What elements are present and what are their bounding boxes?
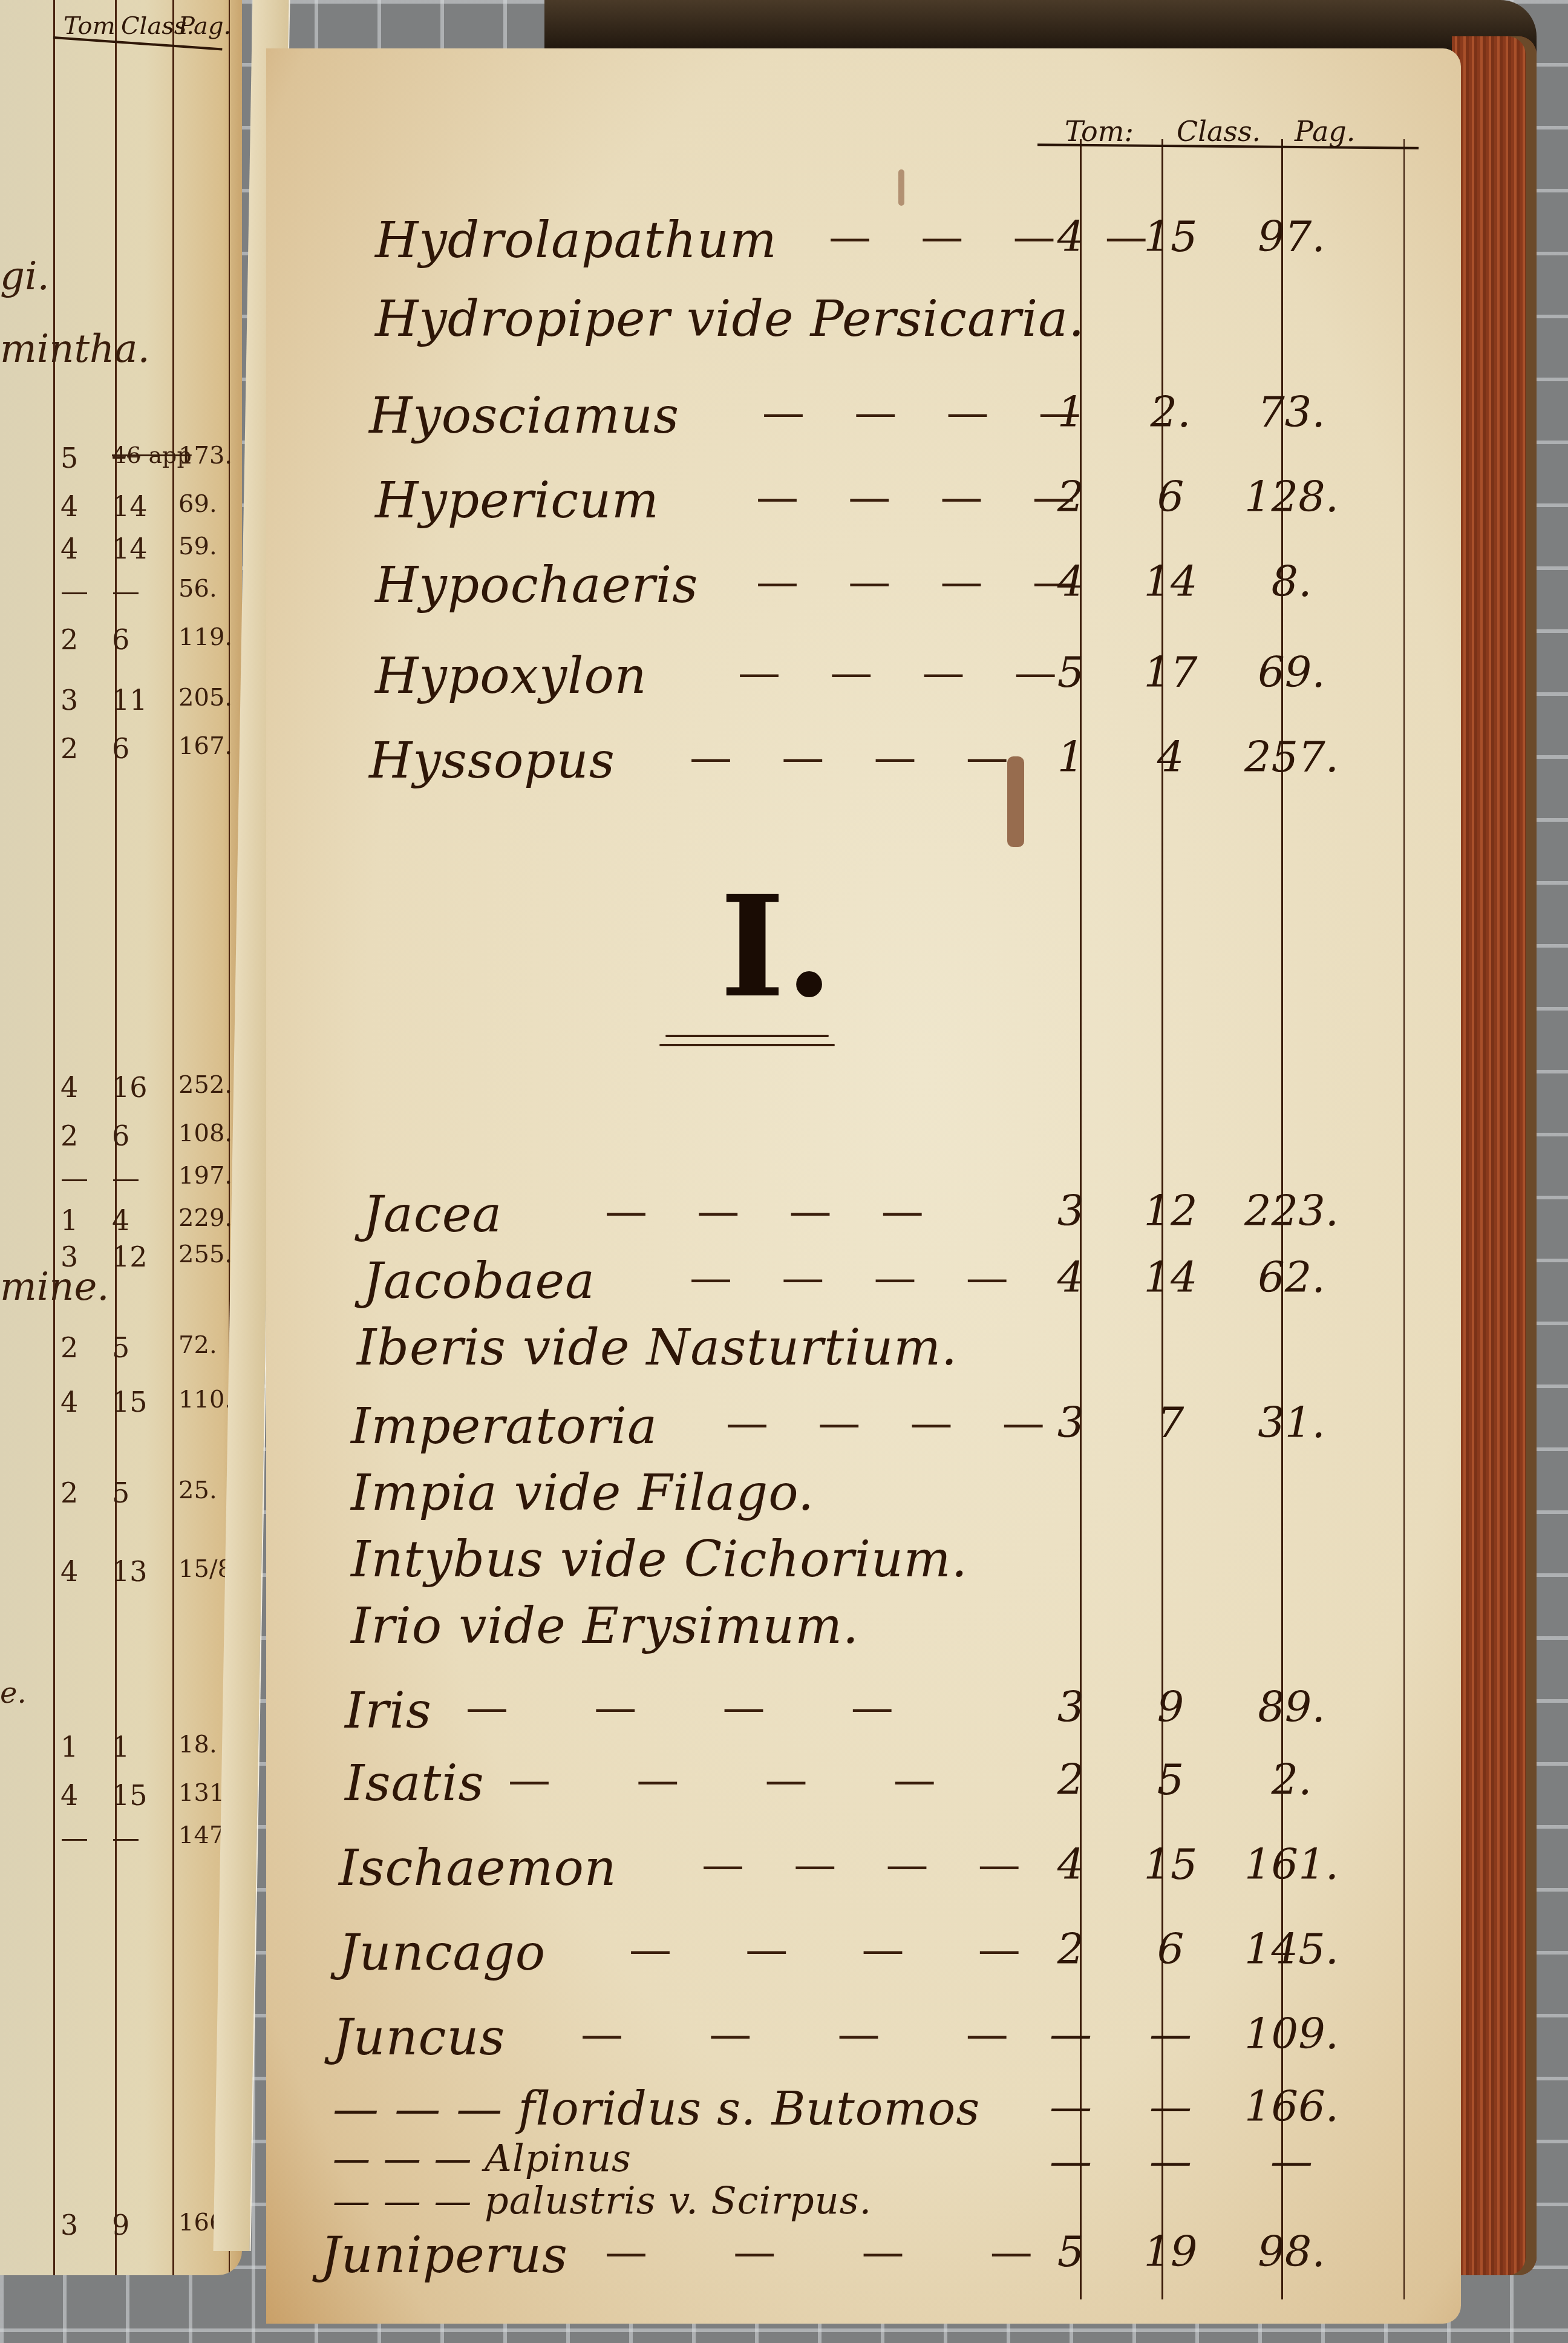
cell-text: 255. bbox=[178, 1240, 232, 1268]
cell-text: 166. bbox=[1231, 2082, 1352, 2131]
cell-text: 4 bbox=[1034, 1253, 1107, 1302]
cell-text: 109. bbox=[1231, 2009, 1352, 2059]
cell-text: — — — — bbox=[466, 1682, 930, 1732]
entry-name: Ischaemon bbox=[339, 1840, 617, 1897]
cell-text: 73. bbox=[1231, 387, 1352, 437]
cell-text: 1 bbox=[60, 1731, 78, 1763]
cell-text: 69. bbox=[178, 490, 217, 518]
header-pag: Pag. bbox=[1295, 115, 1355, 148]
cell-text: 3 bbox=[1034, 1682, 1107, 1732]
cell-text: — bbox=[1119, 2082, 1222, 2131]
left-page: Tom Class. Pag. gi. mintha. mine. e. 54̶… bbox=[0, 0, 242, 2275]
entry-row: Hyssopus — — — — 1 4 257. bbox=[266, 732, 1461, 799]
entry-row: Hypochaeris — — — — 4 14 8. bbox=[266, 557, 1461, 623]
entry-row: Irio vide Erysimum. bbox=[266, 1597, 1461, 1664]
left-word-fragment: mintha. bbox=[0, 327, 150, 372]
entry-row: Juncus — — — — — — 109. bbox=[266, 2009, 1461, 2076]
cell-text: 8. bbox=[1231, 557, 1352, 606]
cell-text: 2. bbox=[1231, 1755, 1352, 1804]
cell-text: 2 bbox=[1034, 472, 1107, 522]
cell-text: 229. bbox=[178, 1204, 232, 1232]
cell-text: 14 bbox=[1119, 1253, 1222, 1302]
ink-stain bbox=[898, 169, 904, 206]
cell-text: 4 bbox=[60, 532, 78, 565]
cell-text: 2 bbox=[60, 732, 78, 765]
cell-text: — — — — bbox=[581, 2009, 1045, 2059]
cell-text: — bbox=[1119, 2009, 1222, 2059]
entry-row: Hypoxylon — — — — 5 17 69. bbox=[266, 647, 1461, 714]
cell-text: 7 bbox=[1119, 1398, 1222, 1447]
cell-text: 5 bbox=[1034, 647, 1107, 697]
left-row: 416252. bbox=[0, 1071, 242, 1113]
cell-text: 59. bbox=[178, 532, 217, 560]
cell-text: 2 bbox=[60, 1331, 78, 1364]
entry-name: Hypochaeris bbox=[375, 557, 698, 614]
cell-text: 62. bbox=[1231, 1253, 1352, 1302]
book-cover-top bbox=[544, 0, 1537, 54]
cell-text: 2 bbox=[1034, 1924, 1107, 1974]
cell-text: 12 bbox=[1119, 1186, 1222, 1236]
cell-text: — — — — bbox=[690, 1253, 1027, 1302]
entry-name: Jacobaea bbox=[363, 1253, 595, 1310]
cell-text: 5 bbox=[60, 442, 78, 474]
cell-text: 223. bbox=[1231, 1186, 1352, 1236]
cell-text: 3 bbox=[1034, 1398, 1107, 1447]
left-row: 39166. bbox=[0, 2209, 242, 2251]
entry-name: Hydrolapathum bbox=[375, 212, 777, 269]
cell-text: 31. bbox=[1231, 1398, 1352, 1447]
book-page-edge bbox=[1452, 36, 1537, 2275]
cell-text: 1 bbox=[1034, 732, 1107, 782]
cell-text: 5 bbox=[1119, 1755, 1222, 1804]
left-row: 41469. bbox=[0, 490, 242, 532]
cell-text: 19 bbox=[1119, 2227, 1222, 2276]
cell-text: 173. bbox=[178, 442, 232, 470]
cell-text: — bbox=[1034, 2082, 1107, 2131]
cell-text: — — — — bbox=[702, 1840, 1039, 1889]
cell-text: 14 bbox=[112, 490, 148, 523]
cell-text: 205. bbox=[178, 684, 232, 712]
cell-text: 4 bbox=[60, 490, 78, 523]
left-row: 54̶6̶ app173. bbox=[0, 442, 242, 484]
cell-text: 5 bbox=[112, 1331, 129, 1364]
entry-name: Imperatoria bbox=[351, 1398, 658, 1455]
entry-name: Isatis bbox=[345, 1755, 485, 1812]
cell-text: 9 bbox=[112, 2209, 129, 2241]
cell-text: 18. bbox=[178, 1731, 217, 1758]
entry-row: Hydropiper vide Persicaria. bbox=[266, 290, 1461, 357]
left-row: 26119. bbox=[0, 623, 242, 666]
entry-row: Imperatoria — — — — 3 7 31. bbox=[266, 1398, 1461, 1464]
cell-text: 4 bbox=[112, 1204, 129, 1237]
cell-text: 3 bbox=[60, 1240, 78, 1273]
left-header-pag: Pag. bbox=[178, 12, 231, 40]
entry-name: Hyosciamus bbox=[369, 387, 679, 445]
entry-row: Impia vide Filago. bbox=[266, 1464, 1461, 1531]
cell-text: 12 bbox=[112, 1240, 148, 1273]
cell-text: 161. bbox=[1231, 1840, 1352, 1889]
cell-text: 6 bbox=[1119, 1924, 1222, 1974]
left-row: 415131. bbox=[0, 1779, 242, 1821]
header-tom: Tom: bbox=[1065, 115, 1134, 148]
entry-row: Hydrolapathum — — — — 4 15 97. bbox=[266, 212, 1461, 278]
cell-text: 72. bbox=[178, 1331, 217, 1359]
left-row: 26108. bbox=[0, 1119, 242, 1162]
entry-name: Hydropiper vide Persicaria. bbox=[375, 290, 1085, 348]
left-row: 2572. bbox=[0, 1331, 242, 1374]
cell-text: 1 bbox=[1034, 387, 1107, 437]
entry-name: Hyssopus bbox=[369, 732, 615, 790]
cell-text: 4 bbox=[60, 1779, 78, 1812]
cell-text: — — — — bbox=[829, 212, 1166, 261]
cell-text: 4 bbox=[60, 1555, 78, 1588]
cell-text: 2 bbox=[60, 623, 78, 656]
cell-text: 5 bbox=[112, 1476, 129, 1509]
left-row: ——147. bbox=[0, 1821, 242, 1864]
header-class: Class. bbox=[1177, 115, 1261, 148]
cell-text: — bbox=[60, 575, 88, 608]
entry-row: Intybus vide Cichorium. bbox=[266, 1531, 1461, 1597]
cell-text: 11 bbox=[112, 684, 148, 716]
cell-text: 15 bbox=[1119, 1840, 1222, 1889]
cell-text: 17 bbox=[1119, 647, 1222, 697]
cell-text: 97. bbox=[1231, 212, 1352, 261]
cell-text: 4 bbox=[1034, 557, 1107, 606]
entry-name: Hypericum bbox=[375, 472, 659, 529]
cell-text: 110. bbox=[178, 1386, 232, 1414]
entry-name: — — — Alpinus bbox=[333, 2136, 632, 2180]
cell-text: — — — — bbox=[605, 2227, 1069, 2276]
entry-row: Hypericum — — — — 2 6 128. bbox=[266, 472, 1461, 539]
cell-text: 3 bbox=[1034, 1186, 1107, 1236]
left-row: 1118. bbox=[0, 1731, 242, 1773]
cell-text: 2 bbox=[60, 1119, 78, 1152]
cell-text: 25. bbox=[178, 1476, 217, 1504]
left-row: 312255. bbox=[0, 1240, 242, 1283]
cell-text: 2 bbox=[1034, 1755, 1107, 1804]
cell-text: — bbox=[112, 1162, 140, 1194]
cell-text: 4 bbox=[60, 1386, 78, 1418]
cell-text: 1 bbox=[112, 1731, 129, 1763]
cell-text: 89. bbox=[1231, 1682, 1352, 1732]
cell-text: 98. bbox=[1231, 2227, 1352, 2276]
section-heading-rule bbox=[659, 1044, 835, 1046]
cell-text: 16 bbox=[112, 1071, 148, 1104]
cell-text: 15 bbox=[1119, 212, 1222, 261]
cell-text: — bbox=[1034, 2009, 1107, 2059]
cell-text: 5 bbox=[1034, 2227, 1107, 2276]
left-row: 41315/8 bbox=[0, 1555, 242, 1597]
entry-row: Juniperus — — — — 5 19 98. bbox=[266, 2227, 1461, 2293]
cell-text: 14 bbox=[112, 532, 148, 565]
entry-row: Iris — — — — 3 9 89. bbox=[266, 1682, 1461, 1749]
cell-text: 6 bbox=[112, 623, 129, 656]
entry-name: Juniperus bbox=[321, 2227, 568, 2284]
cell-text: 4 bbox=[1034, 212, 1107, 261]
left-row: 26167. bbox=[0, 732, 242, 775]
left-row: 415110. bbox=[0, 1386, 242, 1428]
left-row: 41459. bbox=[0, 532, 242, 575]
cell-text: 15 bbox=[112, 1386, 148, 1418]
cell-text: 14 bbox=[1119, 557, 1222, 606]
entry-row: Jacea — — — — 3 12 223. bbox=[266, 1186, 1461, 1253]
cell-text: 128. bbox=[1231, 472, 1352, 522]
cell-text: 56. bbox=[178, 575, 217, 603]
cell-text: 6 bbox=[112, 732, 129, 765]
cell-text: 69. bbox=[1231, 647, 1352, 697]
entry-row: Ischaemon — — — — 4 15 161. bbox=[266, 1840, 1461, 1906]
cell-text: — — — — bbox=[690, 732, 1027, 782]
cell-text: 4 bbox=[60, 1071, 78, 1104]
cell-text: 2. bbox=[1119, 387, 1222, 437]
entry-name: Impia vide Filago. bbox=[351, 1464, 814, 1522]
cell-text: — bbox=[60, 1162, 88, 1194]
entry-name: Juncus bbox=[333, 2009, 505, 2066]
entry-name: — — — palustris v. Scirpus. bbox=[333, 2178, 872, 2223]
cell-text: — — — — bbox=[738, 647, 1075, 697]
entry-name: Iris bbox=[345, 1682, 432, 1740]
cell-text: 145. bbox=[1231, 1924, 1352, 1974]
entry-name: — — — floridus s. Butomos bbox=[333, 2082, 980, 2135]
left-word-fragment: gi. bbox=[0, 254, 50, 299]
cell-text: — — — — bbox=[726, 1398, 1063, 1447]
cell-text: 1 bbox=[60, 1204, 78, 1237]
cell-text: 119. bbox=[178, 623, 232, 651]
left-row: 311205. bbox=[0, 684, 242, 726]
entry-name: Hypoxylon bbox=[375, 647, 647, 705]
entry-row: Isatis — — — — 2 5 2. bbox=[266, 1755, 1461, 1821]
cell-text: 6 bbox=[1119, 472, 1222, 522]
cell-text: 4 bbox=[1034, 1840, 1107, 1889]
cell-text: 108. bbox=[178, 1119, 232, 1147]
cell-text: 9 bbox=[1119, 1682, 1222, 1732]
left-row: ——197. bbox=[0, 1162, 242, 1204]
left-row: 2525. bbox=[0, 1476, 242, 1519]
right-page: Tom: Class. Pag. Hydrolapathum — — — — 4… bbox=[266, 48, 1461, 2324]
cell-text: — — — — bbox=[605, 1186, 942, 1236]
section-heading-letter: I. bbox=[720, 865, 834, 1029]
entry-row: Iberis vide Nasturtium. bbox=[266, 1319, 1461, 1386]
entry-name: Juncago bbox=[339, 1924, 546, 1982]
left-row: ——56. bbox=[0, 575, 242, 617]
cell-text: — bbox=[112, 1821, 140, 1854]
cell-text: — bbox=[60, 1821, 88, 1854]
entry-name: Jacea bbox=[363, 1186, 502, 1244]
entry-name: Intybus vide Cichorium. bbox=[351, 1531, 968, 1588]
entry-name: Irio vide Erysimum. bbox=[351, 1597, 859, 1655]
cell-text: 13 bbox=[112, 1555, 148, 1588]
cell-text: 3 bbox=[60, 2209, 78, 2241]
cell-text: — — — — bbox=[629, 1924, 1051, 1974]
entry-row: Hyosciamus — — — — 1 2. 73. bbox=[266, 387, 1461, 454]
section-heading-rule bbox=[665, 1035, 829, 1037]
entry-name: Iberis vide Nasturtium. bbox=[357, 1319, 958, 1377]
cell-text: 257. bbox=[1231, 732, 1352, 782]
cell-text: — — — — bbox=[508, 1755, 972, 1804]
cell-text: 6 bbox=[112, 1119, 129, 1152]
cell-text: 3 bbox=[60, 684, 78, 716]
cell-text: — bbox=[112, 575, 140, 608]
entry-row: Jacobaea — — — — 4 14 62. bbox=[266, 1253, 1461, 1319]
cell-text: 4 bbox=[1119, 732, 1222, 782]
cell-text: 2 bbox=[60, 1476, 78, 1509]
cell-text: 197. bbox=[178, 1162, 232, 1190]
cell-text: 167. bbox=[178, 732, 232, 760]
cell-text: 15 bbox=[112, 1779, 148, 1812]
entry-row: Juncago — — — — 2 6 145. bbox=[266, 1924, 1461, 1991]
left-header-tom: Tom bbox=[64, 12, 116, 40]
cell-text: 252. bbox=[178, 1071, 232, 1099]
left-word-fragment: e. bbox=[0, 1676, 27, 1710]
